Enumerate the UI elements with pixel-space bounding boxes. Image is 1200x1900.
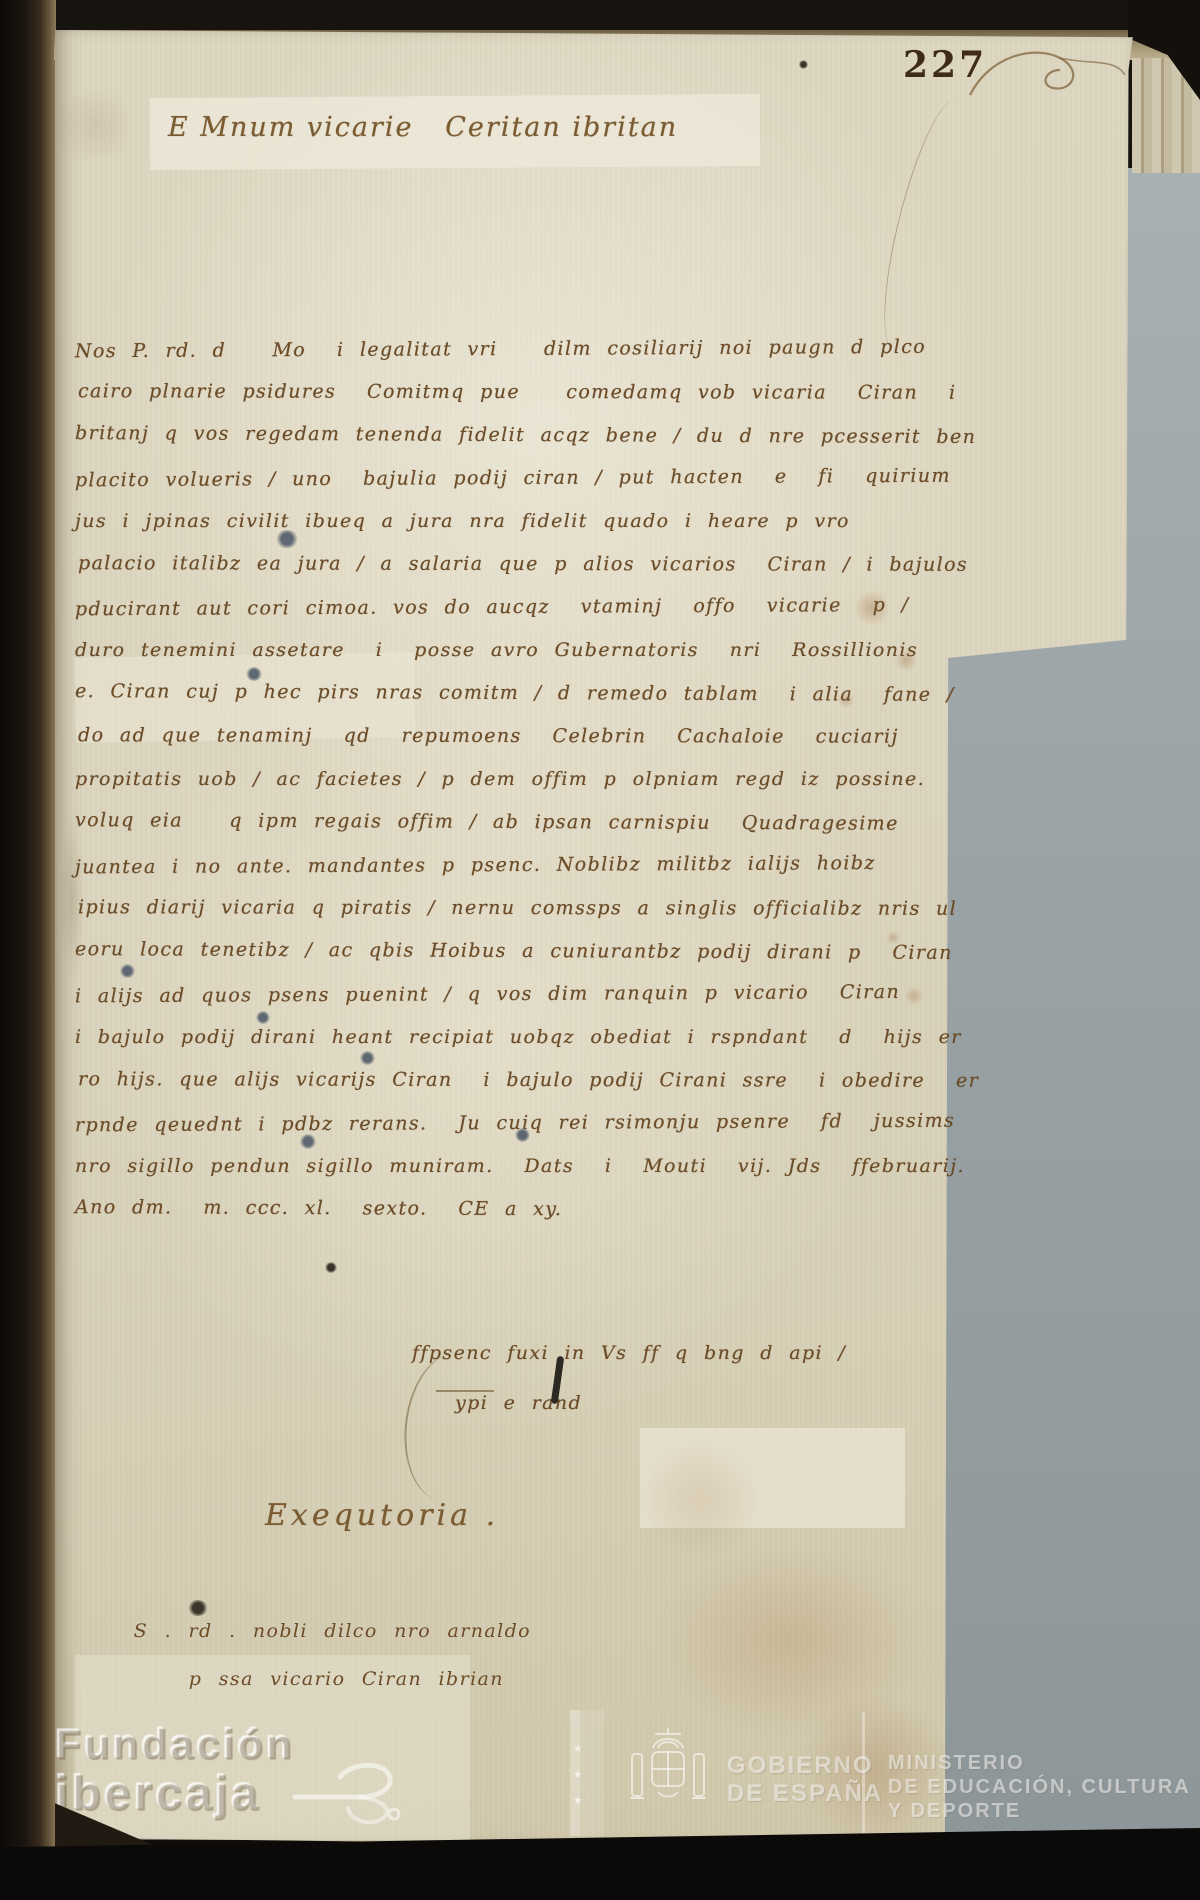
manuscript-line: do ad que tenaminj qd repumoens Celebrin… xyxy=(78,724,958,769)
manuscript-line: juantea i no ante. mandantes p psenc. No… xyxy=(75,852,955,900)
manuscript-line: pducirant aut cori cimoa. vos do aucqz v… xyxy=(75,594,955,642)
manuscript-line: ipius diarij vicaria q piratis / nernu c… xyxy=(78,896,958,941)
manuscript-line: britanj q vos regedam tenenda fidelit ac… xyxy=(75,422,955,469)
manuscript-body: Nos P. rd. d Mo i legalitat vri dilm cos… xyxy=(75,338,955,1241)
manuscript-line: ro hijs. que alijs vicarijs Ciran i baju… xyxy=(78,1068,958,1113)
manuscript-line: i bajulo podij dirani heant recipiat uob… xyxy=(75,1026,955,1069)
heading-rubric: E Mnum vicarie Ceritan ibritan xyxy=(168,112,678,143)
footer-line: S . rd . nobli dilco nro arnaldo p ssa v… xyxy=(68,1598,531,1686)
section-heading: Exequtoria . xyxy=(265,1498,499,1533)
archival-photo: 227 E Mnum vicarie Ceritan ibritan Nos P… xyxy=(0,0,1200,1900)
manuscript-line: Ano dm. m. ccc. xl. sexto. CE a xy. xyxy=(75,1196,955,1243)
ink-blot xyxy=(300,1134,316,1149)
manuscript-line: voluq eia q ipm regais offim / ab ipsan … xyxy=(75,809,955,856)
ink-blot xyxy=(360,1051,375,1065)
manuscript-line: jus i jpinas civilit ibueq a jura nra fi… xyxy=(75,510,955,553)
book-binding xyxy=(0,0,56,1900)
paper-patch xyxy=(640,1428,905,1528)
manuscript-line: eoru loca tenetibz / ac qbis Hoibus a cu… xyxy=(75,938,955,985)
folio-number: 227 xyxy=(903,44,987,86)
ink-blot xyxy=(276,530,298,548)
ink-blot xyxy=(188,1600,208,1616)
flag-bar-icon: ★★★ xyxy=(570,1710,604,1836)
watermark-divider xyxy=(862,1712,865,1838)
manuscript-line: duro tenemini assetare i posse avro Gube… xyxy=(75,639,955,682)
underline-mark xyxy=(436,1390,494,1392)
manuscript-line: Nos P. rd. d Mo i legalitat vri dilm cos… xyxy=(75,336,955,384)
manuscript-line: palacio italibz ea jura / a salaria que … xyxy=(78,552,958,597)
manuscript-line: placito volueris / uno bajulia podij cir… xyxy=(75,465,955,513)
manuscript-line: e. Ciran cuj p hec pirs nras comitm / d … xyxy=(75,680,955,727)
footer-part1: S . rd . nobli dilco nro arnaldo xyxy=(134,1620,531,1642)
ink-blot xyxy=(120,964,135,978)
ink-blot xyxy=(325,1262,337,1273)
ink-blot xyxy=(799,60,808,69)
manuscript-line: propitatis uob / ac facietes / p dem off… xyxy=(75,768,955,811)
footer-part2: p ssa vicario Ciran ibrian xyxy=(189,1668,504,1690)
manuscript-line: nro sigillo pendun sigillo muniram. Dats… xyxy=(75,1155,955,1198)
manuscript-line: cairo plnarie psidures Comitmq pue comed… xyxy=(78,380,958,425)
ink-blot xyxy=(256,1011,270,1024)
ink-blot xyxy=(515,1128,530,1142)
manuscript-line: i alijs ad quos psens puenint / q vos di… xyxy=(75,981,955,1029)
ink-blot xyxy=(246,667,262,681)
